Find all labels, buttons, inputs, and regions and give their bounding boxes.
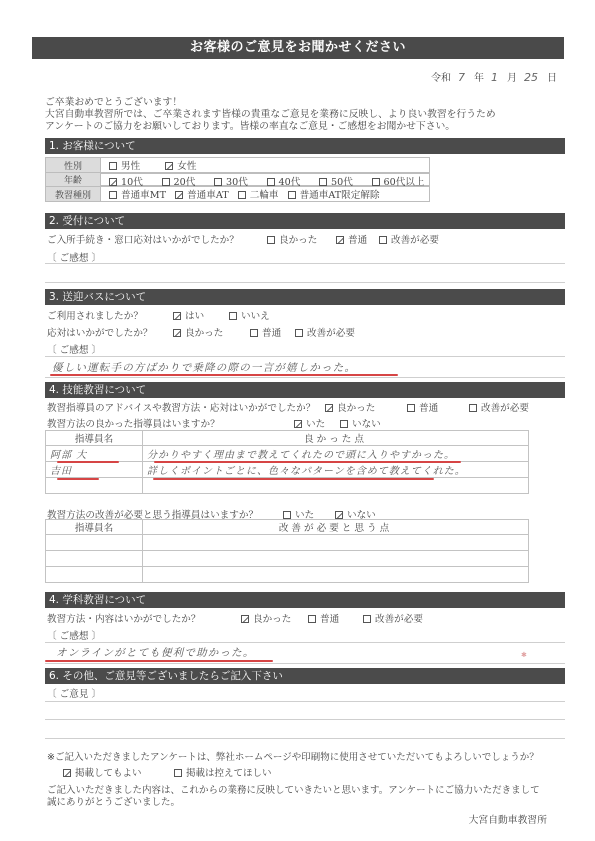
checkbox-bus-no[interactable]: いいえ [229,308,270,322]
month-label: 月 [507,69,517,84]
checkbox-icon [295,329,303,337]
checkbox-classroom-needs-improvement[interactable]: 改善が必要 [363,611,423,625]
checked-checkbox-icon [335,511,343,519]
table-header-row: 指導員名 良かった点 [46,431,529,446]
instructor-name-cell[interactable] [46,551,143,567]
year-label: 年 [474,69,484,84]
checkbox-bus-normal[interactable]: 普通 [250,325,281,339]
checkbox-classroom-good[interactable]: 良かった [241,611,291,625]
checkbox-icon [267,236,275,244]
checkbox-icon [363,615,371,623]
intro-line: アンケートのご協力をお願いしております。皆様の率直なご意見・ご感想をお聞かせ下さ… [45,121,496,133]
checkbox-icon [238,191,246,199]
checkbox-age-60s-plus[interactable]: 60代以上 [372,174,425,185]
checkbox-male[interactable]: 男性 [109,161,140,172]
course-type-label: 教習種別 [46,187,101,202]
survey-form: お客様のご意見をお聞かせください 令和 7 年 1 月 25 日 ご卒業おめでと… [0,0,595,841]
checkbox-icon [109,191,117,199]
date-field: 令和 7 年 1 月 25 日 [431,69,557,84]
good-instructor-question: 教習方法の良かった指導員はいますか？ [47,416,220,430]
checkbox-classroom-normal[interactable]: 普通 [308,611,339,625]
table-row: 阿部 大 分かりやすく理由まで教えてくれたので頭に入りやすかった。 [46,446,529,462]
classroom-comment-handwritten[interactable]: オンラインがとても便利で助かった。 [56,645,255,660]
checkbox-reception-needs-improvement[interactable]: 改善が必要 [379,232,439,246]
checkbox-icon [308,615,316,623]
comment-line[interactable] [45,701,565,702]
checkbox-age-10s[interactable]: 10代 [109,174,143,185]
checked-checkbox-icon [173,312,181,320]
other-comment-label: 〔 ご意見 〕 [47,686,101,700]
customer-info-table: 性別 男性 女性 年齢 10代 20代 30代 40代 50代 60代以上 教習… [45,157,430,202]
section-header-shuttle-bus: 3. 送迎バスについて [45,289,565,305]
checkbox-icon [229,312,237,320]
checkbox-icon [407,404,415,412]
comment-line[interactable] [45,738,565,739]
red-underline [57,478,99,480]
checkbox-icon [162,178,170,186]
checkbox-icon [267,178,275,186]
bus-service-question: 応対はいかがでしたか？ [47,325,153,339]
year-value[interactable]: 7 [458,71,465,84]
checkbox-instructor-needs-improvement[interactable]: 改善が必要 [469,400,529,414]
improvement-points-cell[interactable] [143,551,529,567]
instructor-rating-question: 教習指導員のアドバイスや教習方法・応対はいかがでしたか？ [47,400,315,414]
checkbox-age-50s[interactable]: 50代 [319,174,353,185]
red-underline [45,660,273,662]
checkbox-icon [174,769,182,777]
table-header-row: 指導員名 改善が必要と思う点 [46,520,529,535]
checkbox-icon [469,404,477,412]
checkbox-icon [379,236,387,244]
reception-comment-label: 〔 ご感想 〕 [47,250,101,264]
checked-checkbox-icon [109,178,117,186]
checked-checkbox-icon [63,769,71,777]
column-header-good-points: 良かった点 [143,431,529,446]
checkbox-icon [283,511,291,519]
checkbox-bus-needs-improvement[interactable]: 改善が必要 [295,325,355,339]
instructor-name-cell[interactable] [46,535,143,551]
checkbox-icon [214,178,222,186]
checkbox-age-40s[interactable]: 40代 [267,174,301,185]
checkbox-age-30s[interactable]: 30代 [214,174,248,185]
checkbox-at-limit-release[interactable]: 普通車AT限定解除 [288,190,380,201]
section-header-classroom-lessons: 4. 学科教習について [45,592,565,608]
checked-checkbox-icon [336,236,344,244]
improve-instructor-table: 指導員名 改善が必要と思う点 [45,519,529,583]
comment-line[interactable] [45,282,565,283]
course-type-row: 教習種別 普通車MT 普通車AT 二輪車 普通車AT限定解除 [46,187,430,202]
form-title: お客様のご意見をお聞かせください [32,37,564,59]
reception-question: ご入所手続き・窓口応対はいかがでしたか？ [47,232,239,246]
checked-checkbox-icon [241,615,249,623]
checked-checkbox-icon [173,329,181,337]
comment-line [45,642,565,643]
red-underline [153,478,434,480]
bus-usage-question: ご利用されましたか？ [47,308,143,322]
comment-line[interactable] [45,719,565,720]
school-signature: 大宮自動車教習所 [469,812,547,826]
age-row: 年齢 10代 20代 30代 40代 50代 60代以上 [46,173,430,187]
ink-mark: ✱ [521,651,527,659]
comment-line[interactable] [45,263,565,264]
red-underline [57,461,119,463]
section-header-other-comments: 6. その他、ご意見等ございましたらご記入下さい [45,668,565,684]
consent-question: ※ご記入いただきましたアンケートは、弊社ホームページや印刷物に使用させていただい… [47,752,539,764]
checkbox-at[interactable]: 普通車AT [175,190,229,201]
column-header-instructor: 指導員名 [46,431,143,446]
table-row [46,535,529,551]
bus-comment-label: 〔 ご感想 〕 [47,342,101,356]
checked-checkbox-icon [325,404,333,412]
checkbox-good-instructor-yes[interactable]: いた [294,416,325,430]
checkbox-age-20s[interactable]: 20代 [162,174,196,185]
table-row [46,551,529,567]
checkbox-icon [250,329,258,337]
era-label: 令和 [431,69,451,84]
comment-line [45,356,565,357]
instructor-name-cell[interactable]: 吉田 [46,462,143,478]
section-header-customer: 1. お客様について [45,138,565,154]
classroom-question: 教習方法・内容はいかがでしたか？ [47,611,201,625]
table-row: 吉田 詳しくポイントごとに、色々なパターンを含めて教えてくれた。 [46,462,529,478]
checked-checkbox-icon [175,191,183,199]
classroom-comment-label: 〔 ご感想 〕 [47,628,101,642]
checkbox-icon [372,178,380,186]
day-value[interactable]: 25 [524,71,538,84]
red-underline [50,374,398,376]
day-label: 日 [547,69,557,84]
checkbox-icon [109,162,117,170]
checkbox-bus-yes[interactable]: はい [173,308,204,322]
checkbox-mt[interactable]: 普通車MT [109,190,166,201]
thanks-message: ご記入いただきました内容は、これからの業務に反映していきたいと思います。アンケー… [47,785,540,809]
checkbox-female[interactable]: 女性 [165,161,196,172]
checkbox-bus-good[interactable]: 良かった [173,325,223,339]
checkbox-good-instructor-no[interactable]: いない [340,416,381,430]
red-underline [154,461,461,463]
checkbox-icon [319,178,327,186]
gender-label: 性別 [46,158,101,173]
bus-comment-handwritten[interactable]: 優しい運転手の方ばかりで乗降の際の一言が嬉しかった。 [52,360,356,375]
checkbox-icon [340,420,348,428]
checkbox-consent-allow[interactable]: 掲載してもよい [63,765,142,779]
section-header-driving-lessons: 4. 技能教習について [45,382,565,398]
improvement-points-cell[interactable] [143,567,529,583]
gender-row: 性別 男性 女性 [46,158,430,173]
column-header-instructor: 指導員名 [46,520,143,535]
checked-checkbox-icon [294,420,302,428]
checkbox-reception-normal[interactable]: 普通 [336,232,367,246]
instructor-name-cell[interactable]: 阿部 大 [46,446,143,462]
instructor-name-cell[interactable] [46,567,143,583]
intro-line: ご卒業おめでとうございます！ [45,97,496,109]
comment-line [45,663,565,664]
good-points-cell[interactable]: 分かりやすく理由まで教えてくれたので頭に入りやすかった。 [143,446,529,462]
checkbox-instructor-good[interactable]: 良かった [325,400,375,414]
intro-text: ご卒業おめでとうございます！ 大宮自動車教習所では、ご卒業されます皆様の貴重なご… [45,97,496,133]
checkbox-consent-decline[interactable]: 掲載は控えてほしい [174,765,272,779]
checked-checkbox-icon [165,162,173,170]
thanks-line: 誠にありがとうございました。 [47,797,540,809]
good-points-cell[interactable]: 詳しくポイントごとに、色々なパターンを含めて教えてくれた。 [143,462,529,478]
improvement-points-cell[interactable] [143,535,529,551]
checkbox-reception-good[interactable]: 良かった [267,232,317,246]
column-header-improvement-points: 改善が必要と思う点 [143,520,529,535]
checkbox-icon [288,191,296,199]
checkbox-motorcycle[interactable]: 二輪車 [238,190,279,201]
table-row [46,567,529,583]
comment-line [45,377,565,378]
checkbox-instructor-normal[interactable]: 普通 [407,400,438,414]
age-label: 年齢 [46,173,101,187]
month-value[interactable]: 1 [491,71,498,84]
thanks-line: ご記入いただきました内容は、これからの業務に反映していきたいと思います。アンケー… [47,785,540,797]
section-header-reception: 2. 受付について [45,213,565,229]
intro-line: 大宮自動車教習所では、ご卒業されます皆様の貴重なご意見を業務に反映し、より良い教… [45,109,496,121]
